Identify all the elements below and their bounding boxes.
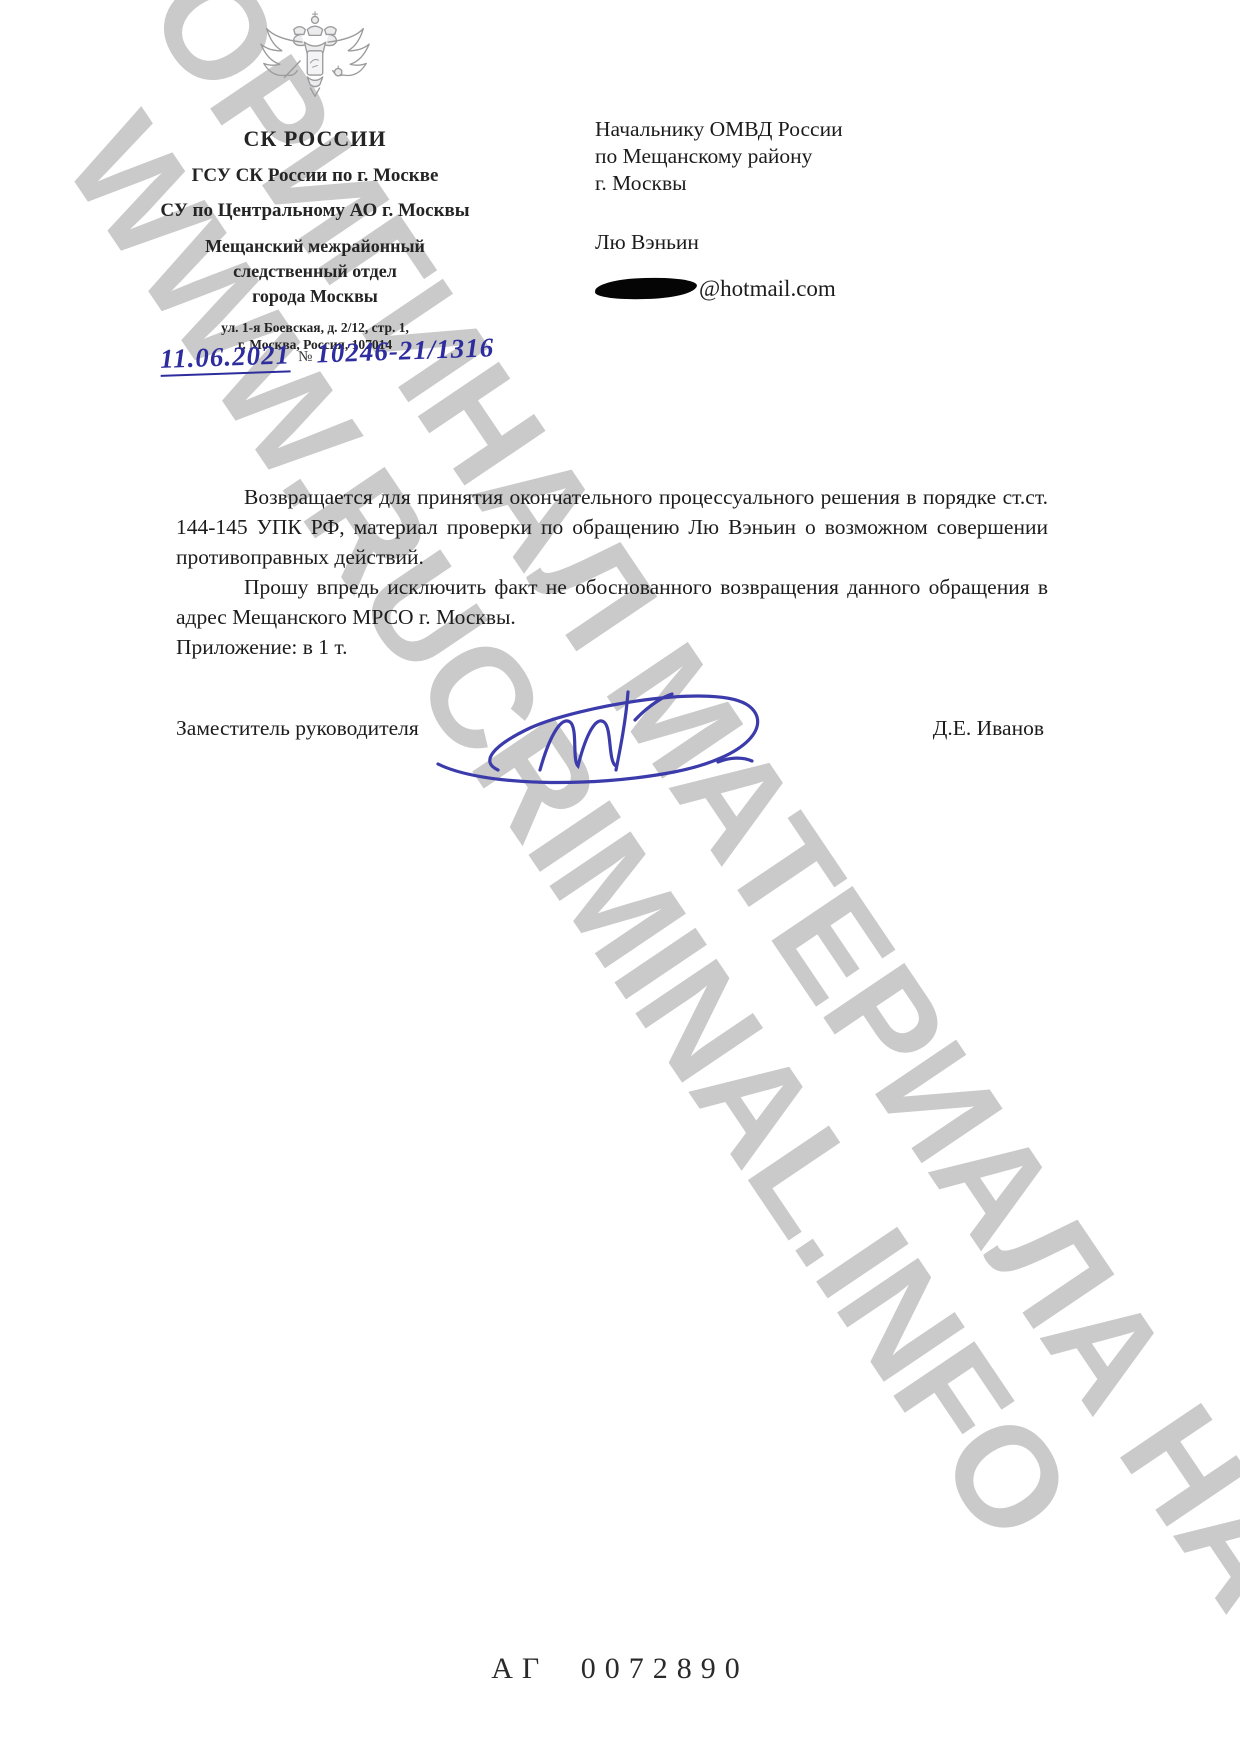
letterhead-dept1: ГСУ СК России по г. Москве [148,165,482,187]
coat-of-arms-icon [257,10,373,112]
letterhead-unit-line3: города Москвы [148,284,482,309]
letterhead-unit-line1: Мещанский межрайонный [148,234,482,259]
addressee-title-line3: г. Москвы [595,170,1035,197]
body-paragraph-1: Возвращается для принятия окончательного… [176,482,1048,572]
addressee-email-line: @hotmail.com [595,275,1035,302]
attachment-note: Приложение: в 1 т. [176,632,1048,662]
letterhead-unit: Мещанский межрайонный следственный отдел… [148,234,482,309]
handwritten-date: 11.06.2021 [160,339,291,377]
letterhead-dept2: СУ по Центральному АО г. Москвы [148,200,482,222]
signer-title: Заместитель руководителя [176,716,419,741]
handwritten-signature-icon [418,664,792,798]
document-body: Возвращается для принятия окончательного… [176,482,1048,662]
handwritten-number: 10246-21/1316 [316,332,495,368]
scanned-letter-page: ОРИГИНАЛ МАТЕРИАЛА НА WWW.RUCRIMINAL.INF… [0,0,1240,1754]
letterhead-org: СК РОССИИ [148,126,482,152]
email-domain: @hotmail.com [699,275,836,302]
addressee-title-line2: по Мещанскому району [595,143,1035,170]
letterhead-unit-line2: следственный отдел [148,259,482,284]
addressee-name: Лю Вэньин [595,229,1035,256]
form-serial-number: АГ 0072890 [0,1652,1240,1686]
signer-name: Д.Е. Иванов [933,716,1044,741]
addressee-block: Начальнику ОМВД России по Мещанскому рай… [595,116,1035,302]
redaction-mark [595,276,698,301]
letterhead: СК РОССИИ ГСУ СК России по г. Москве СУ … [148,10,482,353]
addressee-title-line1: Начальнику ОМВД России [595,116,1035,143]
number-sign: № [298,349,313,365]
body-paragraph-2: Прошу впредь исключить факт не обоснован… [176,572,1048,632]
